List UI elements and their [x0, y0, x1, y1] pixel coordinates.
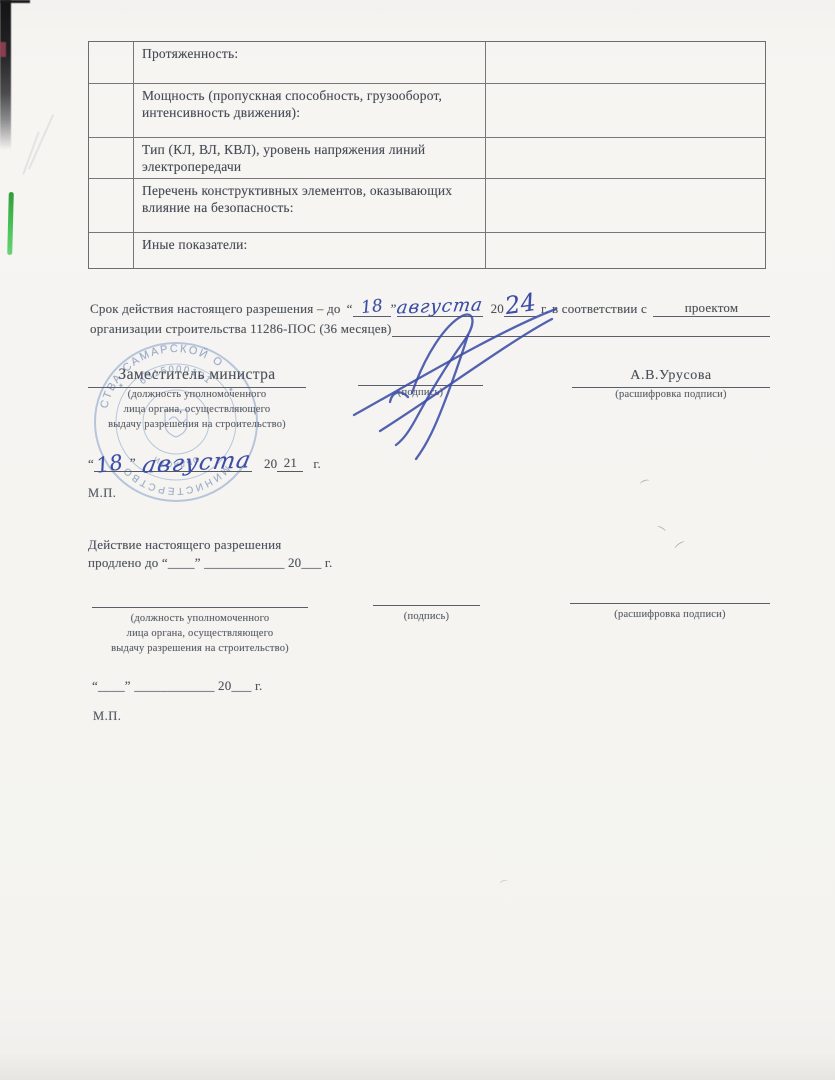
position-caption-line: лица органа, осуществляющего	[88, 403, 306, 418]
handwritten-issue-month: августа	[141, 453, 252, 474]
row-number-cell	[89, 179, 134, 233]
signature-caption: (подпись)	[373, 610, 480, 625]
extension-name-block: (расшифровка подписи)	[570, 603, 770, 623]
pen-signature-scrawl	[348, 293, 566, 478]
extension-paragraph: Действие настоящего разрешения продлено …	[88, 536, 332, 572]
row-label-cell: Перечень конструктивных элементов, оказы…	[134, 179, 486, 233]
extension-line-1: Действие настоящего разрешения	[88, 536, 332, 554]
approver-name-block: А.В.Урусова (расшифровка подписи)	[572, 368, 770, 403]
issue-date-blank: 18 ” августа	[94, 455, 252, 472]
row-value-cell	[486, 42, 765, 84]
approver-name: А.В.Урусова	[572, 368, 770, 388]
extension-position-block: (должность уполномоченного лица органа, …	[92, 607, 308, 656]
position-caption-line: (должность уполномоченного	[92, 612, 308, 627]
scan-red-speck	[0, 42, 6, 57]
extension-date-blank: “____” ____________ 20___ г.	[92, 678, 263, 694]
approver-position: Заместитель министра	[88, 366, 306, 388]
handwritten-issue-day: 18	[95, 455, 124, 473]
row-value-cell	[486, 84, 765, 138]
position-caption-line: выдачу разрешения на строительство)	[92, 642, 308, 657]
row-number-cell	[89, 84, 134, 138]
signature-line	[373, 605, 480, 606]
row-number-cell	[89, 233, 134, 268]
indicators-table: Протяженность: Мощность (пропускная спос…	[88, 41, 766, 269]
name-caption: (расшифровка подписи)	[572, 388, 770, 403]
row-number-cell	[89, 138, 134, 179]
scan-speck	[639, 479, 650, 487]
seal-place-mark: М.П.	[88, 486, 116, 501]
issue-date-century: 20	[264, 456, 277, 472]
basis-word: проектом	[685, 300, 739, 315]
scan-speck	[655, 525, 666, 534]
validity-line2-text: организации строительства 11286-ПОС (36 …	[90, 321, 392, 337]
scan-edge-top	[0, 0, 30, 3]
scan-scratch	[28, 114, 54, 170]
row-value-cell	[486, 138, 765, 179]
row-label-cell: Мощность (пропускная способность, грузоо…	[134, 84, 486, 138]
issue-date-line: “ 18 ” августа 20 21 г.	[88, 441, 321, 472]
row-label-cell: Протяженность:	[134, 42, 486, 84]
scan-speck	[499, 879, 508, 886]
scan-speck	[674, 540, 687, 551]
scan-green-mark	[7, 192, 14, 255]
approver-position-block: Заместитель министра (должность уполномо…	[88, 366, 306, 432]
validity-basis-blank: проектом	[653, 300, 770, 317]
position-line	[92, 607, 308, 608]
position-caption-line: выдачу разрешения на строительство)	[88, 418, 306, 433]
extension-signature-area: (подпись)	[373, 605, 480, 625]
close-quote: ”	[130, 455, 136, 471]
scan-bottom-shade	[0, 1052, 835, 1080]
position-caption-line: (должность уполномоченного	[88, 388, 306, 403]
seal-place-mark: М.П.	[93, 709, 121, 724]
row-number-cell	[89, 42, 134, 84]
name-caption: (расшифровка подписи)	[570, 608, 770, 623]
row-value-cell	[486, 233, 765, 268]
extension-line-2: продлено до “____” ____________ 20___ г.	[88, 554, 332, 572]
issue-date-year: 21	[277, 455, 303, 472]
position-caption-line: лица органа, осуществляющего	[92, 627, 308, 642]
row-value-cell	[486, 179, 765, 233]
issue-date-suffix: г.	[313, 456, 321, 472]
name-line	[570, 603, 770, 604]
scan-edge-shadow	[0, 0, 11, 150]
validity-prefix: Срок действия настоящего разрешения – до	[90, 301, 341, 317]
scanned-permit-page: Протяженность: Мощность (пропускная спос…	[0, 0, 835, 1080]
row-label-cell: Иные показатели:	[134, 233, 486, 268]
row-label-cell: Тип (КЛ, ВЛ, КВЛ), уровень напряжения ли…	[134, 138, 486, 179]
